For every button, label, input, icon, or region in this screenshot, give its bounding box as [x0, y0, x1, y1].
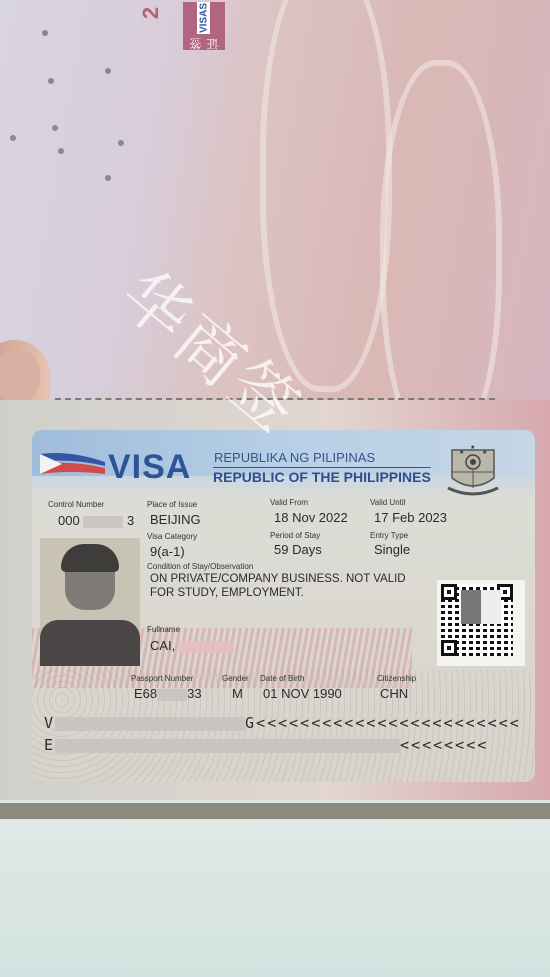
fullname-label: Fullname: [147, 625, 180, 634]
passport-number-value: E6833: [134, 686, 202, 701]
control-number-value: 000 3: [58, 513, 134, 528]
holder-photo: [40, 538, 140, 666]
gender-label: Gender: [222, 674, 249, 683]
mrz-line-2: E<<<<<<<<: [44, 736, 488, 754]
entry-type-value: Single: [374, 542, 410, 557]
redaction: [461, 590, 501, 624]
country-name-english: REPUBLIC OF THE PHILIPPINES: [213, 467, 431, 485]
place-of-issue-label: Place of Issue: [147, 500, 197, 509]
fullname-value: CAI,: [150, 638, 234, 653]
visas-page-label: 签证 VISAS: [183, 2, 225, 50]
condition-label: Condition of Stay/Observation: [147, 562, 253, 571]
valid-until-label: Valid Until: [370, 498, 405, 507]
visa-category-value: 9(a-1): [150, 544, 185, 559]
valid-from-value: 18 Nov 2022: [274, 510, 348, 525]
valid-from-label: Valid From: [270, 498, 308, 507]
philippine-coat-of-arms-icon: ★★★: [444, 440, 502, 502]
qr-code: [437, 580, 525, 666]
condition-line-1: ON PRIVATE/COMPANY BUSINESS. NOT VALID: [150, 573, 406, 585]
svg-text:★: ★: [470, 444, 475, 451]
redaction: [55, 717, 245, 731]
period-of-stay-label: Period of Stay: [270, 531, 320, 540]
visa-category-label: Visa Category: [147, 532, 197, 541]
redaction: [83, 516, 123, 528]
date-of-birth-label: Date of Birth: [260, 674, 304, 683]
control-number-label: Control Number: [48, 500, 104, 509]
citizenship-value: CHN: [380, 686, 408, 701]
svg-text:★: ★: [459, 449, 464, 456]
country-name-filipino: REPUBLIKA NG PILIPINAS: [214, 450, 375, 465]
entry-type-label: Entry Type: [370, 531, 408, 540]
citizenship-label: Citizenship: [377, 674, 416, 683]
visa-sticker: VISA REPUBLIKA NG PILIPINAS REPUBLIC OF …: [32, 430, 535, 782]
date-of-birth-value: 01 NOV 1990: [263, 686, 342, 701]
redaction: [55, 739, 400, 753]
philippine-flag-icon: [40, 452, 105, 476]
page-number: 2: [138, 7, 164, 19]
passport-edge: [0, 803, 550, 819]
gender-value: M: [232, 686, 243, 701]
passport-number-label: Passport Number: [131, 674, 193, 683]
mrz-line-1: VG<<<<<<<<<<<<<<<<<<<<<<<<: [44, 714, 521, 732]
period-of-stay-value: 59 Days: [274, 542, 322, 557]
visa-title: VISA: [108, 448, 191, 487]
redaction: [179, 641, 234, 653]
table-surface: [0, 819, 550, 977]
svg-text:★: ★: [482, 449, 487, 456]
condition-line-2: FOR STUDY, EMPLOYMENT.: [150, 587, 304, 599]
redaction: [157, 689, 187, 701]
valid-until-value: 17 Feb 2023: [374, 510, 447, 525]
thumbnail-nail: [0, 350, 40, 402]
place-of-issue-value: BEIJING: [150, 512, 201, 527]
